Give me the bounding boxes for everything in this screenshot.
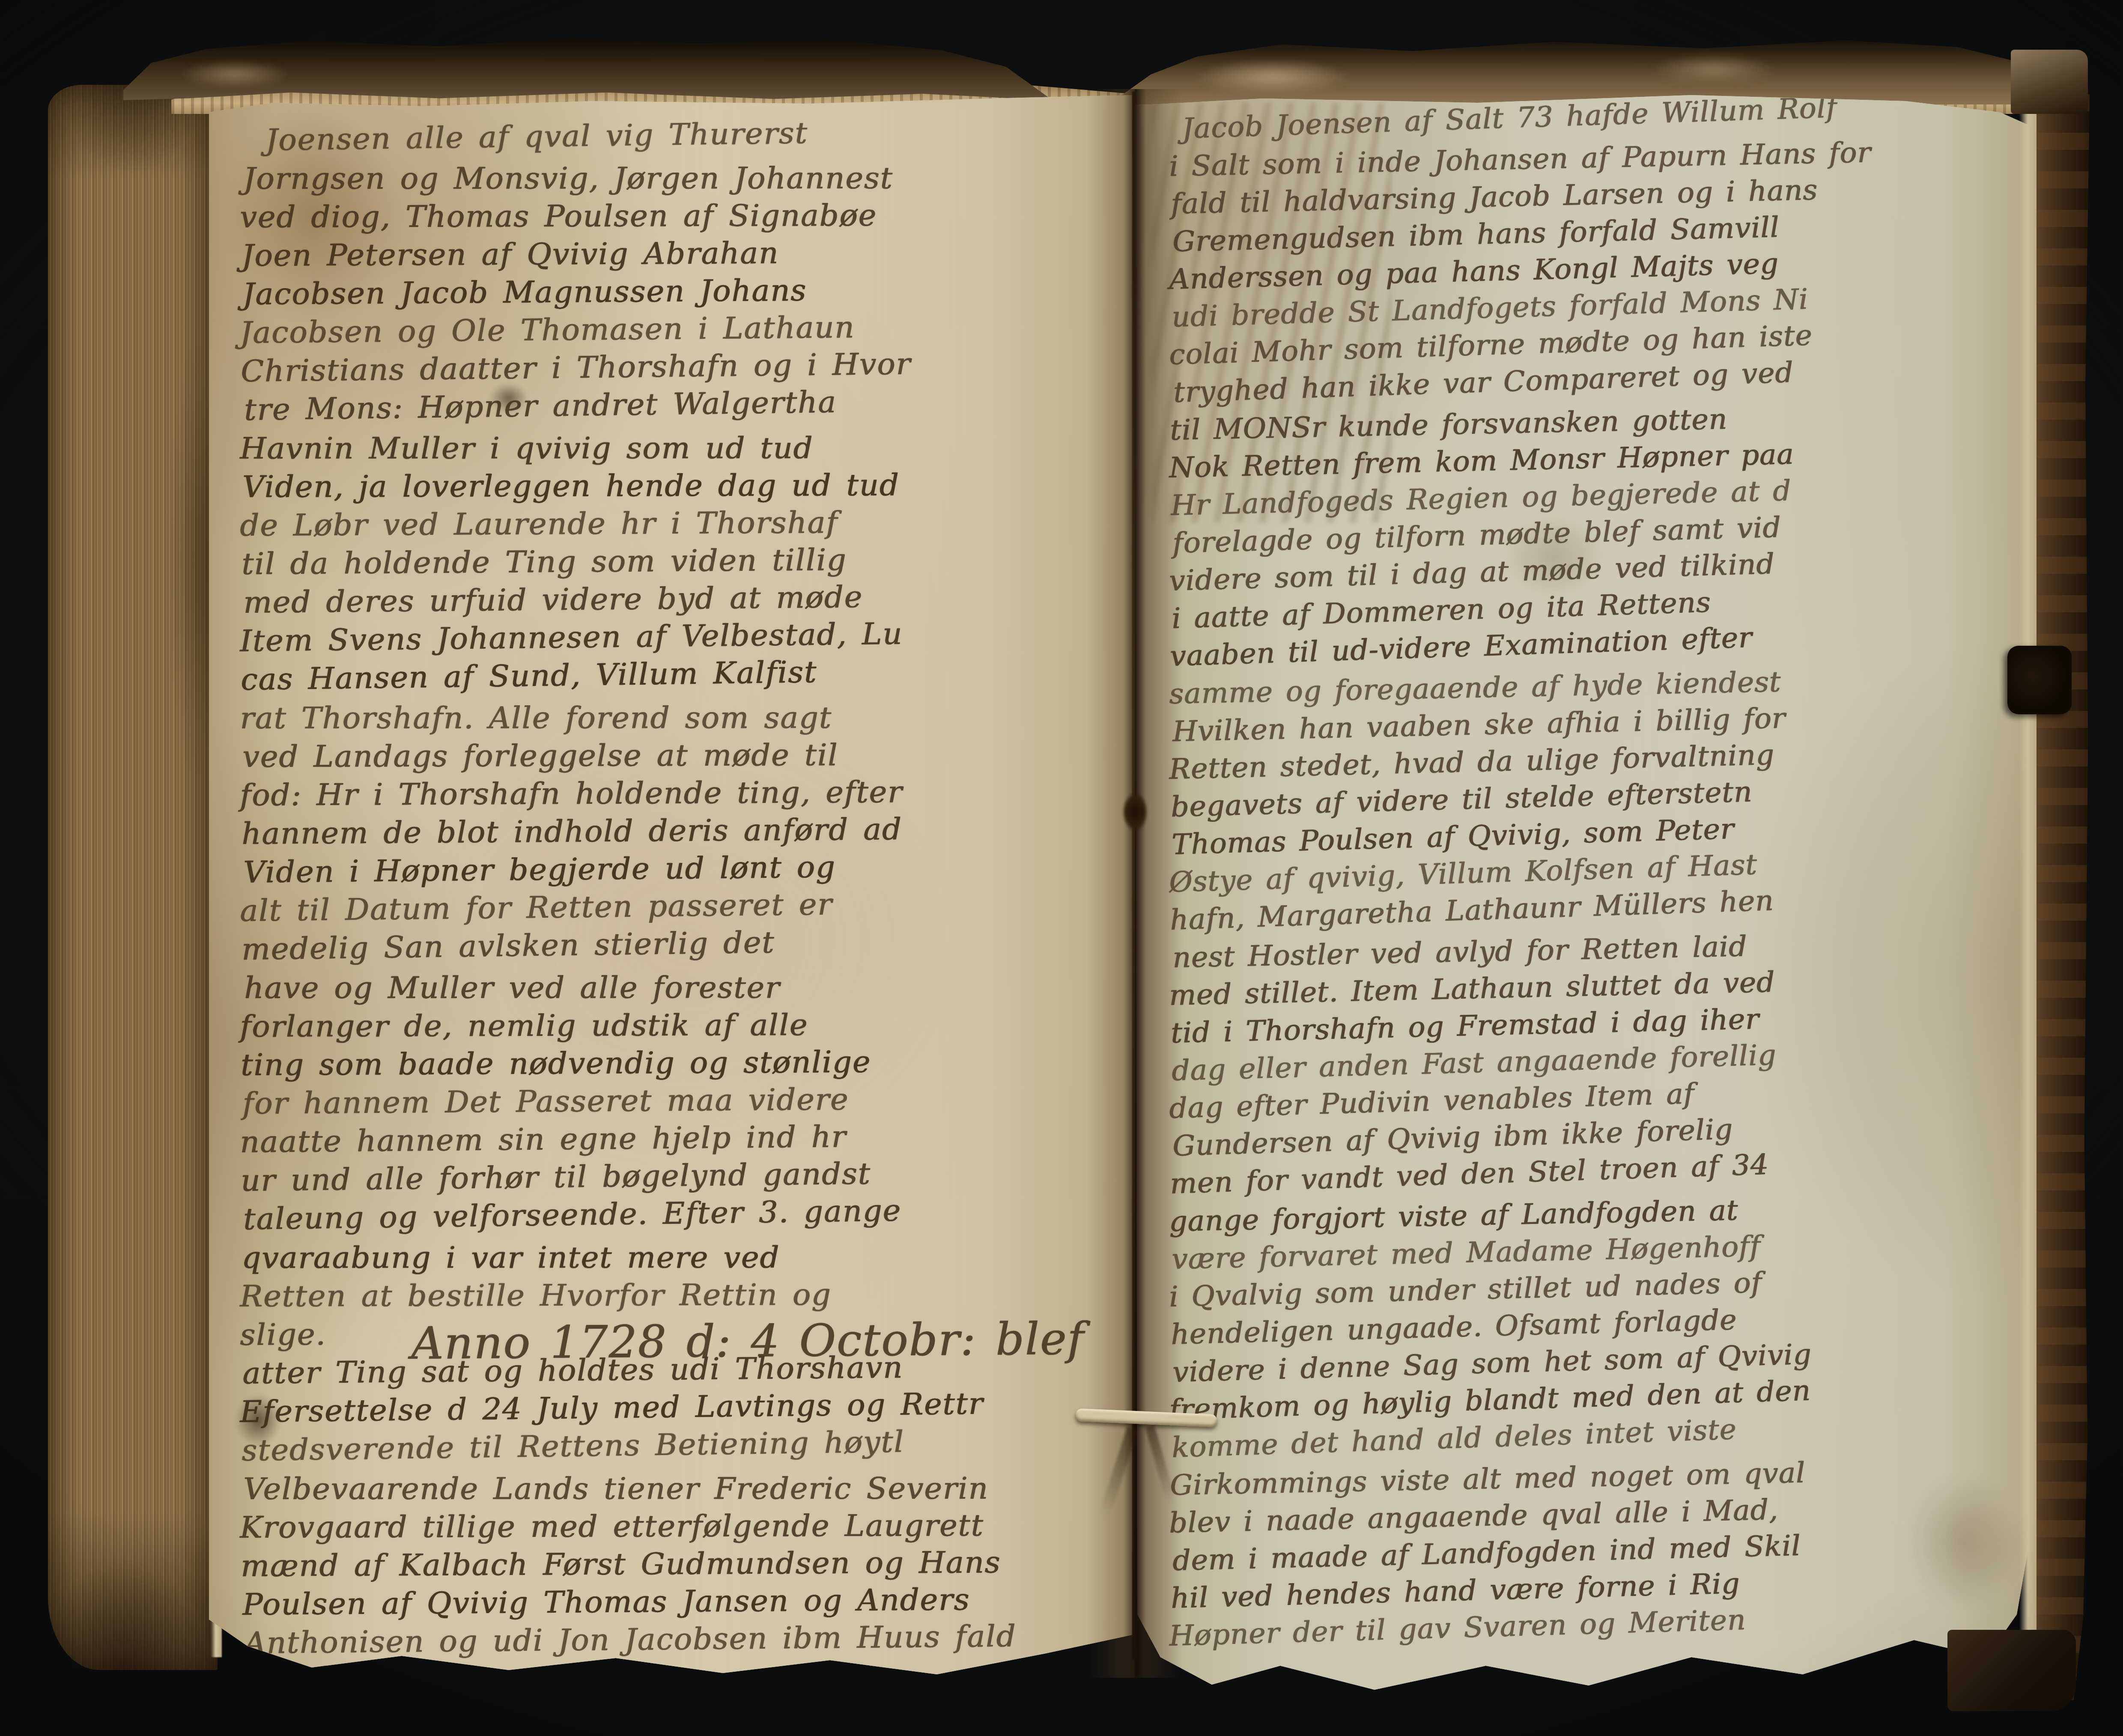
handwritten-line: have og Muller ved alle forester [244, 970, 780, 1005]
handwritten-line: Jacobsen og Ole Thomasen i Lathaun [240, 310, 855, 350]
handwritten-line: de Løbr ved Laurende hr i Thorshaf [240, 505, 838, 543]
handwritten-line: medelig San avlsken stierlig det [241, 925, 775, 967]
handwritten-line: ting som baade nødvendig og stønlige [241, 1044, 871, 1083]
handwritten-line: Havnin Muller i qvivig som ud tud [240, 430, 813, 466]
handwritten-line: taleung og velforseende. Efter 3. gange [243, 1193, 901, 1237]
handwritten-line: ved diog, Thomas Poulsen af Signabøe [240, 198, 877, 235]
handwritten-line: stedsverende til Rettens Betiening høytl [241, 1424, 904, 1468]
handwritten-line: ur und alle forhør til bøgelynd gandst [241, 1156, 871, 1198]
handwritten-line: Efersettelse d 24 July med Lavtings og R… [240, 1386, 984, 1429]
handwritten-line: til MONSr kunde forsvansken gotten [1169, 403, 1727, 447]
cover-corner-top-right [2011, 50, 2088, 114]
handwritten-line: fod: Hr i Thorshafn holdende ting, efter [240, 774, 903, 813]
handwritten-line: Viden i Høpner begjerde ud lønt og [243, 849, 836, 890]
worn-leather-patch [161, 55, 309, 94]
handwritten-line: gange forgjort viste af Landfogden at [1169, 1194, 1738, 1238]
handwritten-line: mænd af Kalbach Først Gudmundsen og Hans [241, 1545, 1001, 1584]
handwritten-line: forlanger de, nemlig udstik af alle [240, 1007, 808, 1044]
handwritten-line: slige. [240, 1317, 326, 1352]
right-page: Jacob Joensen af Salt 73 hafde Willum Ro… [1135, 90, 2055, 1696]
handwritten-line: atter Ting sat og holdtes udi Thorshavn [242, 1350, 903, 1391]
worn-leather-patch [1629, 51, 1798, 88]
gutter-crease-line [1132, 92, 1135, 1659]
handwritten-line: qvaraabung i var intet mere ved [242, 1240, 780, 1275]
handwritten-line: Viden, ja loverleggen hende dag ud tud [242, 468, 899, 504]
handwritten-line: alt til Datum for Retten passeret er [240, 887, 833, 928]
handwritten-line: Christians daatter i Thorshafn og i Hvor [241, 346, 911, 389]
right-cover-edge [2037, 56, 2090, 1700]
handwritten-line: Joen Petersen af Qvivig Abrahan [242, 236, 779, 273]
handwritten-line: Item Svens Johannesen af Velbestad, Lu [240, 616, 903, 659]
handwritten-line: Retten at bestille Hvorfor Rettin og [240, 1277, 832, 1314]
handwritten-line: cas Hansen af Sund, Villum Kalfist [240, 654, 817, 697]
handwritten-line: Velbevaarende Lands tiener Frederic Seve… [243, 1471, 988, 1506]
handwritten-line: Anthonisen og udi Jon Jacobsen ibm Huus … [244, 1619, 1017, 1661]
handwritten-line: naatte hannem sin egne hjelp ind hr [240, 1119, 847, 1160]
left-page: Joensen alle af qval vig ThurerstJorngse… [209, 95, 1134, 1676]
handwritten-line: for hannem Det Passeret maa videre [242, 1082, 849, 1121]
handwritten-line: tre Mons: Høpner andret Walgertha [244, 385, 837, 427]
top-cover-edge-left [123, 36, 1053, 100]
handwritten-line: med deres urfuid videre byd at møde [243, 579, 863, 620]
clasp-remnant [2007, 646, 2072, 714]
gutter-ink-blot [1118, 786, 1152, 838]
handwritten-line: Jorngsen og Monsvig, Jørgen Johannest [243, 161, 893, 196]
worn-leather-patch [1169, 55, 1376, 99]
handwritten-line: Poulsen af Qvivig Thomas Jansen og Ander… [242, 1582, 970, 1622]
handwritten-line: hannem de blot indhold deris anførd ad [242, 811, 902, 851]
top-cover-edge-right [1113, 38, 2051, 104]
handwritten-line: ved Landags forleggelse at møde til [242, 737, 838, 774]
manuscript-photo-scene: Joensen alle af qval vig ThurerstJorngse… [0, 0, 2123, 1736]
handwritten-line: Krovgaard tillige med etterfølgende Laug… [240, 1508, 984, 1545]
handwritten-line: Jacobsen Jacob Magnussen Johans [242, 273, 807, 312]
handwritten-line: Joensen alle af qval vig Thurerst [265, 115, 808, 158]
handwritten-line: nest Hostler ved avlyd for Retten laid [1172, 930, 1747, 974]
handwritten-line: rat Thorshafn. Alle forend som sagt [240, 700, 832, 736]
cover-corner-bottom-right [1947, 1630, 2076, 1711]
fore-edge-shading [48, 85, 218, 1670]
handwritten-line: til da holdende Ting som viden tillig [242, 542, 847, 582]
